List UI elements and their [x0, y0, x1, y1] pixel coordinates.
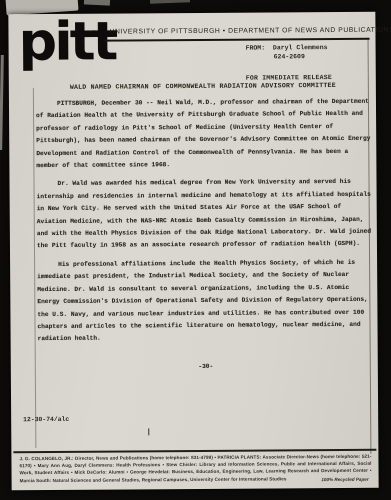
from-name: Daryl Clemmens	[273, 44, 328, 51]
scan-artifact	[0, 55, 4, 150]
press-release-page: pitt UNIVERSITY OF PITTSBURGH • DEPARTME…	[8, 12, 378, 491]
letterhead-rule	[105, 38, 370, 42]
headline: WALD NAMED CHAIRMAN OF COMMONWEALTH RADI…	[36, 82, 370, 91]
scan-artifact	[84, 0, 110, 6]
end-mark: -30-	[38, 359, 374, 374]
footer-credits: J. G. COLANGELO, JR.: Director, News and…	[19, 453, 371, 484]
from-phone: 624-2609	[274, 52, 370, 62]
body-text: PITTSBURGH, December 30 -- Neil Wald, M.…	[36, 96, 374, 380]
page-tick-mark	[148, 428, 149, 435]
scanned-press-release-photo: pitt UNIVERSITY OF PITTSBURGH • DEPARTME…	[0, 0, 391, 500]
body-paragraph: Dr. Wald was awarded his medical degree …	[36, 176, 373, 253]
from-label: FROM:	[246, 44, 266, 51]
recycled-paper-note: 100% Recycled Paper	[321, 477, 368, 482]
from-block: FROM: Daryl Clemmens 624-2609 FOR IMMEDI…	[246, 43, 370, 83]
letterhead-department: UNIVERSITY OF PITTSBURGH • DEPARTMENT OF…	[109, 27, 375, 36]
pitt-logo: pitt	[18, 16, 115, 68]
scan-artifact	[150, 0, 190, 4]
release-slug: 12-30-74/alc	[23, 416, 69, 423]
body-paragraph: PITTSBURGH, December 30 -- Neil Wald, M.…	[36, 96, 373, 173]
body-paragraph: His professional affiliations include th…	[37, 257, 374, 346]
